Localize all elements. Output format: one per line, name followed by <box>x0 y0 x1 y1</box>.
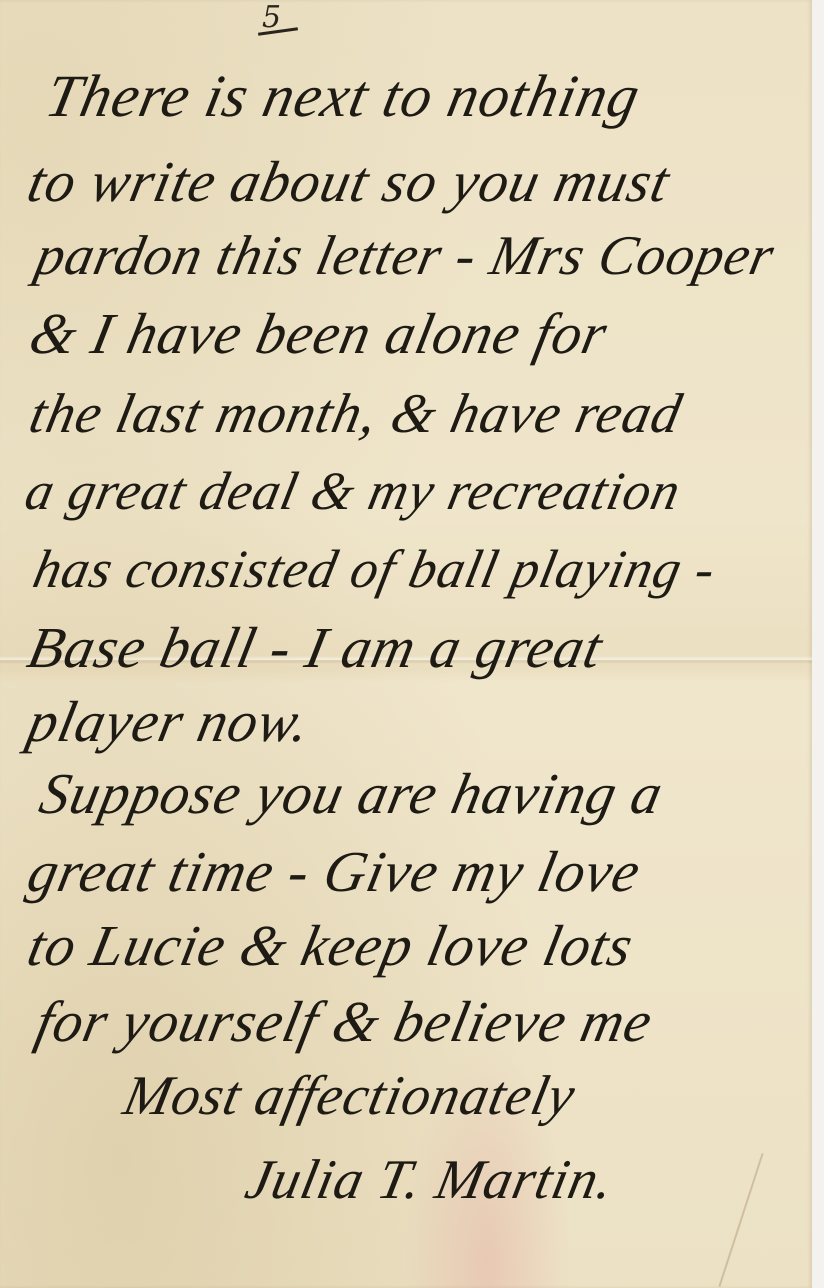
letter-line-8: Base ball - I am a great <box>22 614 609 681</box>
letter-line-7: has consisted of ball playing - <box>28 538 722 600</box>
letter-signature: Julia T. Martin. <box>240 1148 620 1212</box>
letter-closing: Most affectionately <box>118 1064 581 1128</box>
letter-line-1: There is next to nothing <box>40 62 646 131</box>
letter-line-10: Suppose you are having a <box>34 760 669 827</box>
letter-page: 5 There is next to nothing to write abou… <box>0 0 812 1288</box>
letter-line-11: great time - Give my love <box>22 838 647 905</box>
letter-line-6: a great deal & my recreation <box>20 460 687 522</box>
letter-line-12: to Lucie & keep love lots <box>22 912 639 979</box>
letter-line-3: pardon this letter - Mrs Cooper <box>30 224 780 288</box>
letter-line-9: player now. <box>22 688 317 755</box>
letter-line-2: to write about so you must <box>22 148 676 215</box>
letter-line-4: & I have been alone for <box>24 300 614 367</box>
letter-line-5: the last month, & have read <box>24 382 688 446</box>
letter-line-13: for yourself & believe me <box>30 988 659 1055</box>
paper-crease-diagonal <box>718 1153 763 1287</box>
